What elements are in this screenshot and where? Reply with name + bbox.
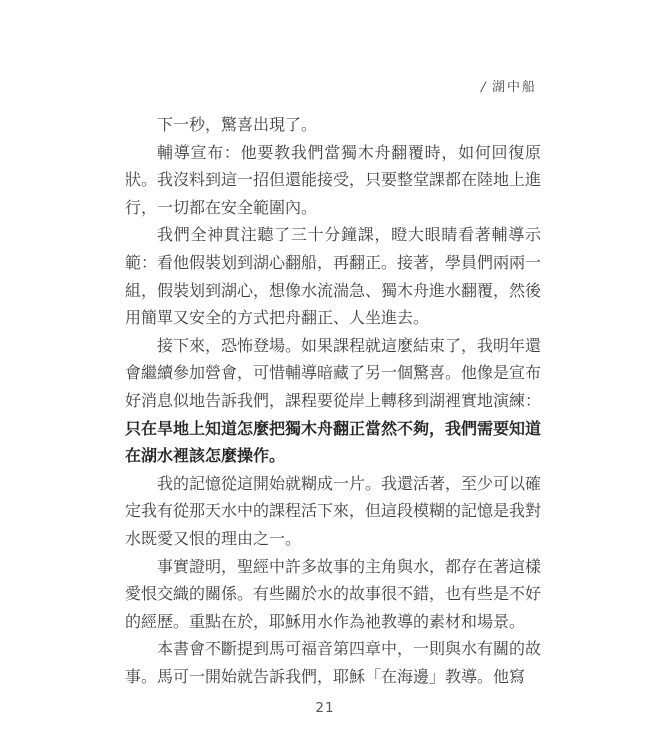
body-text: 我的記憶從這開始就糊成一片。我還活著，至少可以確定我有從那天水中的課程活下來，但… <box>125 474 541 548</box>
book-page: /湖中船 下一秒，驚喜出現了。輔導宣布：他要教我們當獨木舟翻覆時，如何回復原狀。… <box>0 0 650 750</box>
body-text: 接下來，恐怖登場。如果課程就這麼結束了，我明年還會繼續參加營會，可惜輔導暗藏了另… <box>125 336 541 410</box>
chapter-title: 湖中船 <box>492 80 537 95</box>
paragraph: 本書會不斷提到馬可福音第四章中，一則與水有關的故事。馬可一開始就告訴我們，耶穌「… <box>125 635 541 690</box>
paragraph: 下一秒，驚喜出現了。 <box>125 111 541 139</box>
header-slash: / <box>479 80 489 95</box>
paragraph: 事實證明，聖經中許多故事的主角與水，都存在著這樣愛恨交織的關係。有些關於水的故事… <box>125 553 541 636</box>
body-text: 下一秒，驚喜出現了。 <box>157 115 317 134</box>
paragraph: 我們全神貫注聽了三十分鐘課，瞪大眼睛看著輔導示範：看他假裝划到湖心翻船，再翻正。… <box>125 221 541 331</box>
page-number: 21 <box>0 700 650 716</box>
emphasized-text: 只在旱地上知道怎麼把獨木舟翻正當然不夠，我們需要知道在湖水裡該怎麼操作。 <box>125 419 541 466</box>
body-text: 事實證明，聖經中許多故事的主角與水，都存在著這樣愛恨交織的關係。有些關於水的故事… <box>125 557 541 631</box>
running-header: /湖中船 <box>481 76 537 95</box>
page-body: 下一秒，驚喜出現了。輔導宣布：他要教我們當獨木舟翻覆時，如何回復原狀。我沒料到這… <box>125 111 541 690</box>
paragraph: 我的記憶從這開始就糊成一片。我還活著，至少可以確定我有從那天水中的課程活下來，但… <box>125 470 541 553</box>
paragraph: 接下來，恐怖登場。如果課程就這麼結束了，我明年還會繼續參加營會，可惜輔導暗藏了另… <box>125 332 541 470</box>
body-text: 本書會不斷提到馬可福音第四章中，一則與水有關的故事。馬可一開始就告訴我們，耶穌「… <box>125 639 541 686</box>
paragraph: 輔導宣布：他要教我們當獨木舟翻覆時，如何回復原狀。我沒料到這一招但還能接受，只要… <box>125 139 541 222</box>
body-text: 輔導宣布：他要教我們當獨木舟翻覆時，如何回復原狀。我沒料到這一招但還能接受，只要… <box>125 143 541 217</box>
body-text: 我們全神貫注聽了三十分鐘課，瞪大眼睛看著輔導示範：看他假裝划到湖心翻船，再翻正。… <box>125 225 541 327</box>
